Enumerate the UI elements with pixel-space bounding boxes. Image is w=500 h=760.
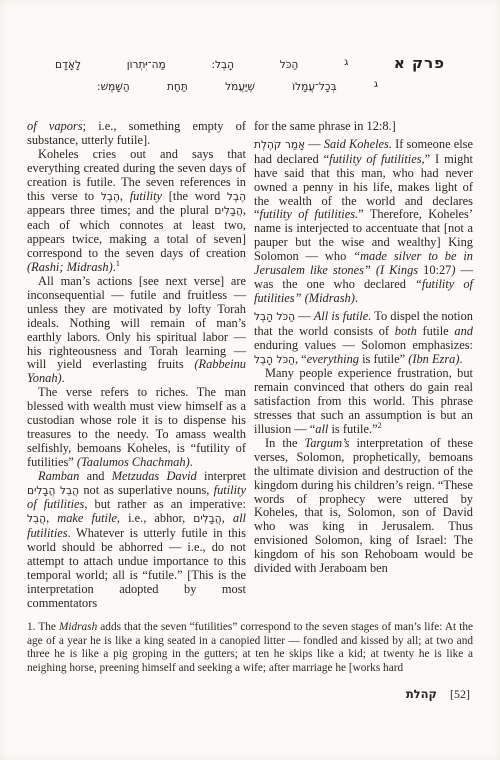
hebrew-verse-word: בְּכָל־עֲמָלוֹ — [292, 81, 336, 93]
italic-text-run: (Rashi; Midrash) — [27, 260, 113, 274]
text-run: , i.e., abhor, — [117, 511, 193, 525]
text-run: . — [459, 352, 462, 366]
hebrew-term: הֲבָלִים — [193, 513, 221, 525]
text-run: . — [190, 455, 193, 469]
book-page: פרק אגהַכֹּלהָבֶל:מַה־יִּתְרוֹןלָאָדָם ג… — [0, 0, 500, 760]
paragraph: Ramban and Metzudas David interpret הֲבֵ… — [27, 470, 246, 611]
italic-text-run: All is futile. — [314, 309, 372, 323]
italic-text-run: of vapors — [27, 119, 83, 133]
italic-text-run: both — [395, 324, 417, 338]
book-title-hebrew: קהלת — [406, 687, 437, 701]
hebrew-verse-word: תַּחַת — [167, 81, 188, 93]
hebrew-term: הַכֹּל הָבֶל — [254, 311, 295, 323]
text-run: , — [222, 511, 233, 525]
text-run: not as superlative nouns, — [79, 483, 214, 497]
paragraph: for the same phrase in 12:8.] — [254, 120, 473, 134]
italic-text-run: (I Kings — [376, 263, 418, 277]
italic-text-run: futility of futilities, — [329, 152, 425, 166]
text-run: . — [62, 371, 65, 385]
italic-text-run: Midrash — [59, 621, 97, 633]
commentary-right-column: for the same phrase in 12:8.]אָמַר קֹהֶל… — [254, 120, 473, 611]
hebrew-verse-word: לָאָדָם — [55, 59, 81, 71]
italic-text-run: make futile — [57, 511, 117, 525]
text-run: enduring values — Solomon emphasizes: — [254, 338, 473, 352]
text-run: and — [79, 469, 111, 483]
commentary-left-column: of vapors; i.e., something empty of subs… — [27, 120, 246, 611]
text-run: 10:27 — [418, 263, 451, 277]
hebrew-verse-word: הַכֹּל — [280, 59, 299, 71]
paragraph: אָמַר קֹהֶלֶת — Said Koheles. If someone… — [254, 138, 473, 306]
text-run: . — [355, 291, 358, 305]
hebrew-term: הֲבֵל — [27, 513, 46, 525]
paragraph: The verse refers to riches. The man bles… — [27, 386, 246, 469]
text-run: is futile” — [359, 352, 408, 366]
page-footer: קהלת [52] — [30, 687, 470, 702]
text-run: — — [305, 137, 324, 151]
text-run: interpret — [197, 469, 246, 483]
text-run: In the — [265, 436, 304, 450]
paragraph: All man’s actions [see next verse] are i… — [27, 275, 246, 386]
hebrew-term: הֲבָלִים — [214, 205, 242, 217]
text-run: , — [120, 189, 130, 203]
paragraph: Koheles cries out and says that everythi… — [27, 148, 246, 275]
paragraph: Many people experience frustration, but … — [254, 367, 473, 437]
italic-text-run: Metzudas David — [112, 469, 197, 483]
hebrew-verse-word: הַשָּׁמֶשׁ: — [97, 81, 130, 93]
hebrew-verse-word: שֶׁיַּעֲמֹל — [225, 81, 255, 93]
text-run: , — [46, 511, 57, 525]
paragraph: הַכֹּל הָבֶל — All is futile. To dispel … — [254, 310, 473, 368]
footnote-marker: 1 — [116, 259, 120, 268]
verse-number-letter: ג — [374, 79, 378, 90]
hebrew-term: הֶבֶל — [101, 191, 120, 203]
italic-text-run: all — [315, 422, 328, 436]
italic-text-run: Said Koheles. — [324, 137, 392, 151]
italic-text-run: and — [454, 324, 473, 338]
text-run: interpretation of these verses, Solomon,… — [254, 436, 473, 575]
italic-text-run: Ramban — [38, 469, 79, 483]
hebrew-verse-block: פרק אגהַכֹּלהָבֶל:מַה־יִּתְרוֹןלָאָדָם ג… — [0, 0, 500, 108]
verse-line-1: פרק אגהַכֹּלהָבֶל:מַה־יִּתְרוֹןלָאָדָם — [55, 54, 445, 81]
chapter-heading: פרק א — [394, 54, 445, 72]
footnote: 1. The Midrash adds that the seven “futi… — [27, 621, 473, 676]
text-run: 1. The — [27, 621, 59, 633]
text-run: appears three times; and the plural — [27, 203, 214, 217]
footnote-marker: 2 — [378, 421, 382, 430]
hebrew-term: הַכֹּל הָבֶל — [254, 354, 295, 366]
commentary-columns: of vapors; i.e., something empty of subs… — [0, 108, 500, 611]
paragraph: In the Targum’s interpretation of these … — [254, 437, 473, 576]
text-run: , but rather as an imperative: — [84, 497, 246, 511]
italic-text-run: everything — [307, 352, 359, 366]
italic-text-run: (Taalumos Chachmah) — [77, 455, 190, 469]
text-run: — — [295, 309, 314, 323]
text-run: is futile.” — [328, 422, 377, 436]
hebrew-term: הֶבֶל — [227, 191, 246, 203]
text-run: for the same phrase in 12:8.] — [254, 119, 396, 133]
italic-text-run: (Midrash) — [305, 291, 355, 305]
verse-number-letter: ג — [344, 57, 348, 68]
hebrew-term: הֲבֵל הֲבָלִים — [27, 485, 79, 497]
text-run: [the word — [162, 189, 227, 203]
paragraph: of vapors; i.e., something empty of subs… — [27, 120, 246, 148]
text-run: futile — [417, 324, 455, 338]
italic-text-run: futility of futilities. — [260, 207, 359, 221]
italic-text-run: (Ibn Ezra) — [408, 352, 459, 366]
verse-line-2: גבְּכָל־עֲמָלוֹשֶׁיַּעֲמֹלתַּחַתהַשָּׁמֶ… — [97, 81, 378, 108]
hebrew-term: אָמַר קֹהֶלֶת — [254, 139, 305, 151]
italic-text-run: futility — [130, 189, 162, 203]
italic-text-run: Targum’s — [304, 436, 349, 450]
hebrew-verse-word: מַה־יִּתְרוֹן — [127, 59, 166, 71]
hebrew-verse-word: הָבֶל: — [211, 59, 234, 71]
page-number: [52] — [450, 687, 470, 702]
text-run: , “ — [295, 352, 307, 366]
